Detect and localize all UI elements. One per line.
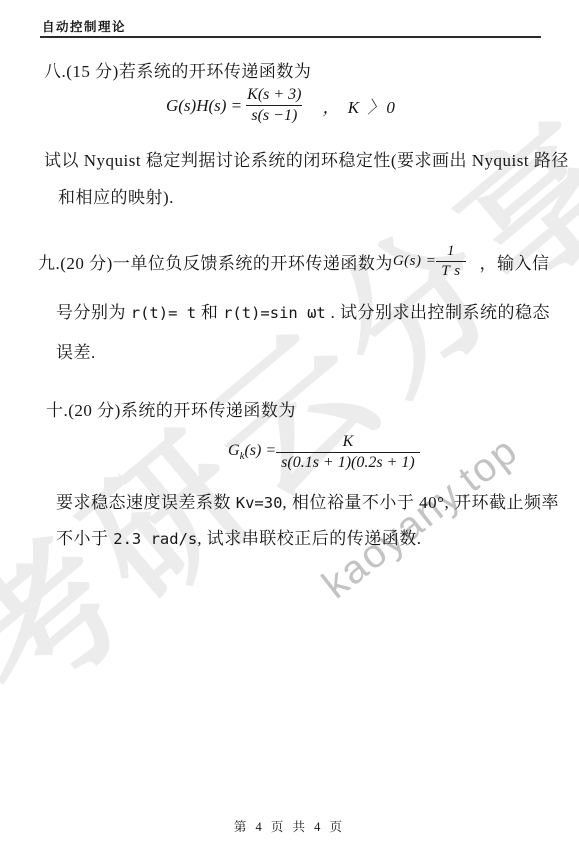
question-8-body-line-2: 和相应的映射). — [58, 183, 174, 208]
formula-10-G: G — [228, 442, 240, 459]
question-9-body-line-1: 号分别为 r(t)= t 和 r(t)=sin ωt . 试分别求出控制系统的稳… — [56, 298, 550, 323]
formula-8-lhs: G(s)H(s) = — [166, 96, 242, 116]
question-10-body-line-2: 不小于 2.3 rad/s, 试求串联校正后的传递函数. — [56, 524, 422, 549]
formula-9-fraction: 1 T s — [436, 243, 465, 280]
formula-8-denominator: s(s −1) — [246, 105, 302, 125]
question-8-body-line-1: 试以 Nyquist 稳定判据讨论系统的闭环稳定性(要求画出 Nyquist 路… — [44, 146, 569, 171]
formula-9-denominator: T s — [436, 261, 465, 280]
question-9-body-line-2: 误差. — [56, 338, 96, 363]
formula-10-numerator: K — [338, 433, 359, 452]
formula-9-numerator: 1 — [442, 243, 460, 261]
question-10-title: 十.(20 分)系统的开环传递函数为 — [46, 396, 296, 421]
question-8-formula: G(s)H(s) = K(s + 3) s(s −1) ， K 〉0 — [166, 86, 397, 125]
q9-line1-mid: 和 — [196, 303, 223, 322]
q10-line2-pre: 不小于 — [56, 529, 113, 548]
header-divider — [40, 36, 541, 38]
formula-10-lhs-rest: (s) = — [244, 442, 276, 459]
formula-8-condition: ， K 〉0 — [323, 93, 397, 118]
question-9-title-text: 九.(20 分)一单位负反馈系统的开环传递函数为 — [38, 249, 393, 274]
q10-line1-post: , 相位裕量不小于 40°, 开环截止频率 — [282, 493, 559, 512]
q10-line1-pre: 要求稳态速度误差系数 — [56, 493, 236, 512]
course-title: 自动控制理论 — [42, 17, 126, 35]
formula-9-lhs: G(s) = — [393, 253, 437, 270]
question-9-title: 九.(20 分)一单位负反馈系统的开环传递函数为 G(s) = 1 T s ，输… — [38, 243, 550, 280]
q10-crossover-value: 2.3 rad/s — [113, 530, 197, 548]
formula-10-fraction: K s(0.1s + 1)(0.2s + 1) — [276, 433, 420, 472]
question-9-title-tail: ，输入信 — [480, 249, 550, 274]
question-10-body-line-1: 要求稳态速度误差系数 Kv=30, 相位裕量不小于 40°, 开环截止频率 — [56, 488, 559, 513]
q9-line1-pre: 号分别为 — [56, 303, 131, 322]
question-8-title: 八.(15 分)若系统的开环传递函数为 — [44, 57, 311, 82]
q9-signal-1: r(t)= t — [131, 304, 196, 322]
q9-signal-2: r(t)=sin ωt — [223, 304, 326, 322]
page-number: 第 4 页 共 4 页 — [0, 817, 579, 835]
question-10-formula: Gk(s) = K s(0.1s + 1)(0.2s + 1) — [228, 433, 420, 472]
formula-8-fraction: K(s + 3) s(s −1) — [242, 86, 306, 125]
q10-kv-value: Kv=30 — [236, 494, 283, 512]
formula-10-lhs: Gk(s) = — [228, 442, 276, 462]
q9-line1-post: . 试分别求出控制系统的稳态 — [326, 303, 550, 322]
exam-page: 考研云分享 kaoyany.top 自动控制理论 八.(15 分)若系统的开环传… — [0, 0, 579, 855]
formula-8-numerator: K(s + 3) — [242, 86, 306, 105]
q10-line2-post: , 试求串联校正后的传递函数. — [197, 529, 421, 548]
formula-10-denominator: s(0.1s + 1)(0.2s + 1) — [276, 452, 420, 472]
